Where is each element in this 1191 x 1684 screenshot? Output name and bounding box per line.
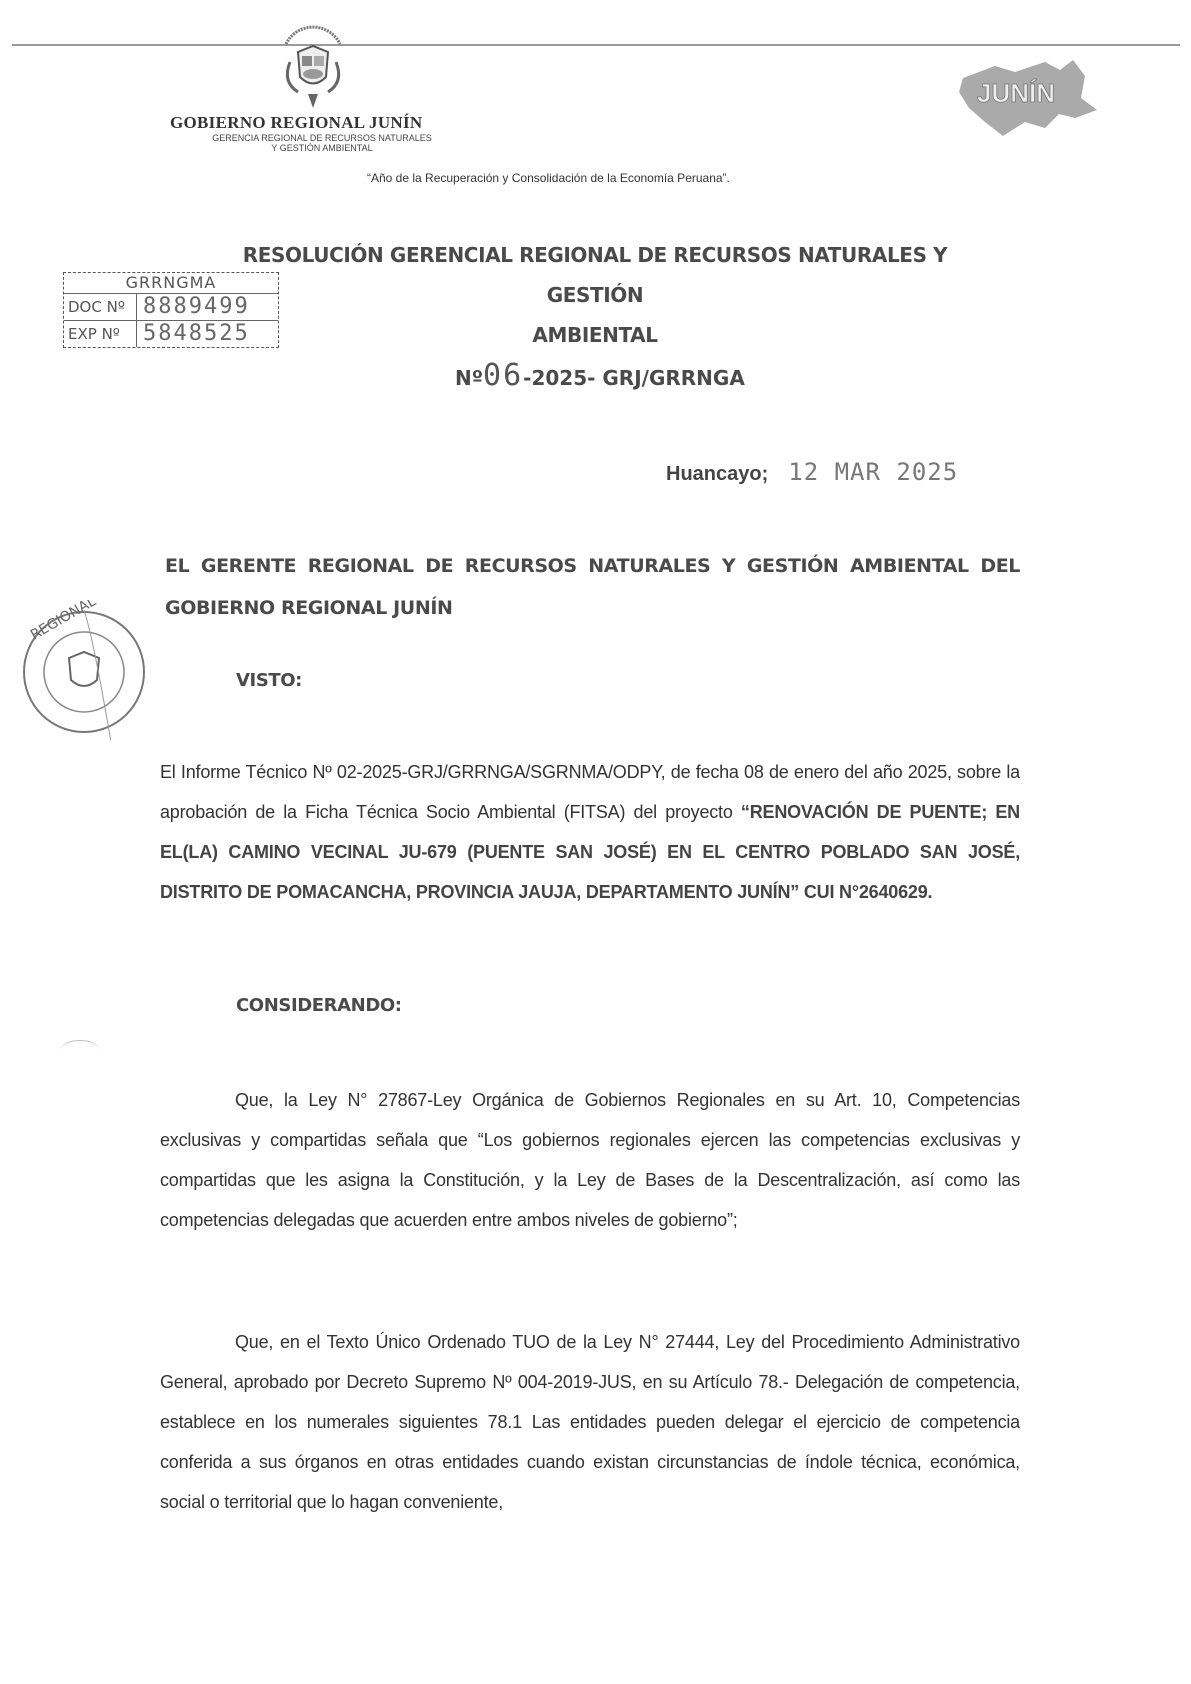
svg-text:JUNÍN: JUNÍN (977, 78, 1055, 108)
stamp-exp-label: EXP Nº (64, 321, 137, 347)
considerando-paragraph-2: Que, en el Texto Único Ordenado TUO de l… (160, 1322, 1020, 1522)
coat-of-arms-icon (268, 22, 358, 112)
considerando-paragraph-1: Que, la Ley N° 27867-Ley Orgánica de Gob… (160, 1080, 1020, 1240)
resolution-number-value: 06 (483, 358, 523, 393)
date-line: Huancayo;12 MAR 2025 (666, 458, 958, 486)
resolution-number-prefix: Nº (455, 366, 483, 390)
date-place: Huancayo; (666, 463, 768, 485)
stamp-doc-label: DOC Nº (64, 294, 137, 320)
visto-paragraph: El Informe Técnico Nº 02-2025-GRJ/GRRNGA… (160, 752, 1020, 912)
year-motto: “Año de la Recuperación y Consolidación … (367, 171, 730, 185)
issuer-heading: EL GERENTE REGIONAL DE RECURSOS NATURALE… (165, 545, 1020, 629)
stamp-exp-row: EXP Nº 5848525 (64, 321, 278, 347)
considerando-heading: CONSIDERANDO: (236, 995, 402, 1016)
junin-region-logo-icon: JUNÍN (955, 58, 1105, 138)
stamp-doc-value: 8889499 (137, 294, 278, 320)
date-stamp: 12 MAR 2025 (788, 458, 958, 486)
stamp-exp-value: 5848525 (137, 321, 278, 347)
pen-mark (60, 1040, 100, 1061)
resolution-title-line2: AMBIENTAL (200, 315, 990, 355)
stamp-doc-row: DOC Nº 8889499 (64, 294, 278, 321)
resolution-number: Nº06-2025- GRJ/GRRNGA (455, 358, 745, 393)
org-name: GOBIERNO REGIONAL JUNÍN (170, 113, 423, 133)
resolution-title-line1: RESOLUCIÓN GERENCIAL REGIONAL DE RECURSO… (200, 235, 990, 315)
official-seal-icon: REGIONAL (14, 600, 154, 740)
header-rule (12, 44, 1180, 46)
resolution-number-suffix: -2025- GRJ/GRRNGA (523, 366, 745, 390)
stamp-office: GRRNGMA (64, 273, 278, 294)
org-subtitle-line2: Y GESTIÓN AMBIENTAL (192, 143, 452, 153)
reception-stamp: GRRNGMA DOC Nº 8889499 EXP Nº 5848525 (63, 272, 279, 348)
org-subtitle: GERENCIA REGIONAL DE RECURSOS NATURALES … (192, 133, 452, 153)
org-subtitle-line1: GERENCIA REGIONAL DE RECURSOS NATURALES (192, 133, 452, 143)
visto-heading: VISTO: (236, 670, 302, 691)
resolution-title: RESOLUCIÓN GERENCIAL REGIONAL DE RECURSO… (200, 235, 990, 355)
